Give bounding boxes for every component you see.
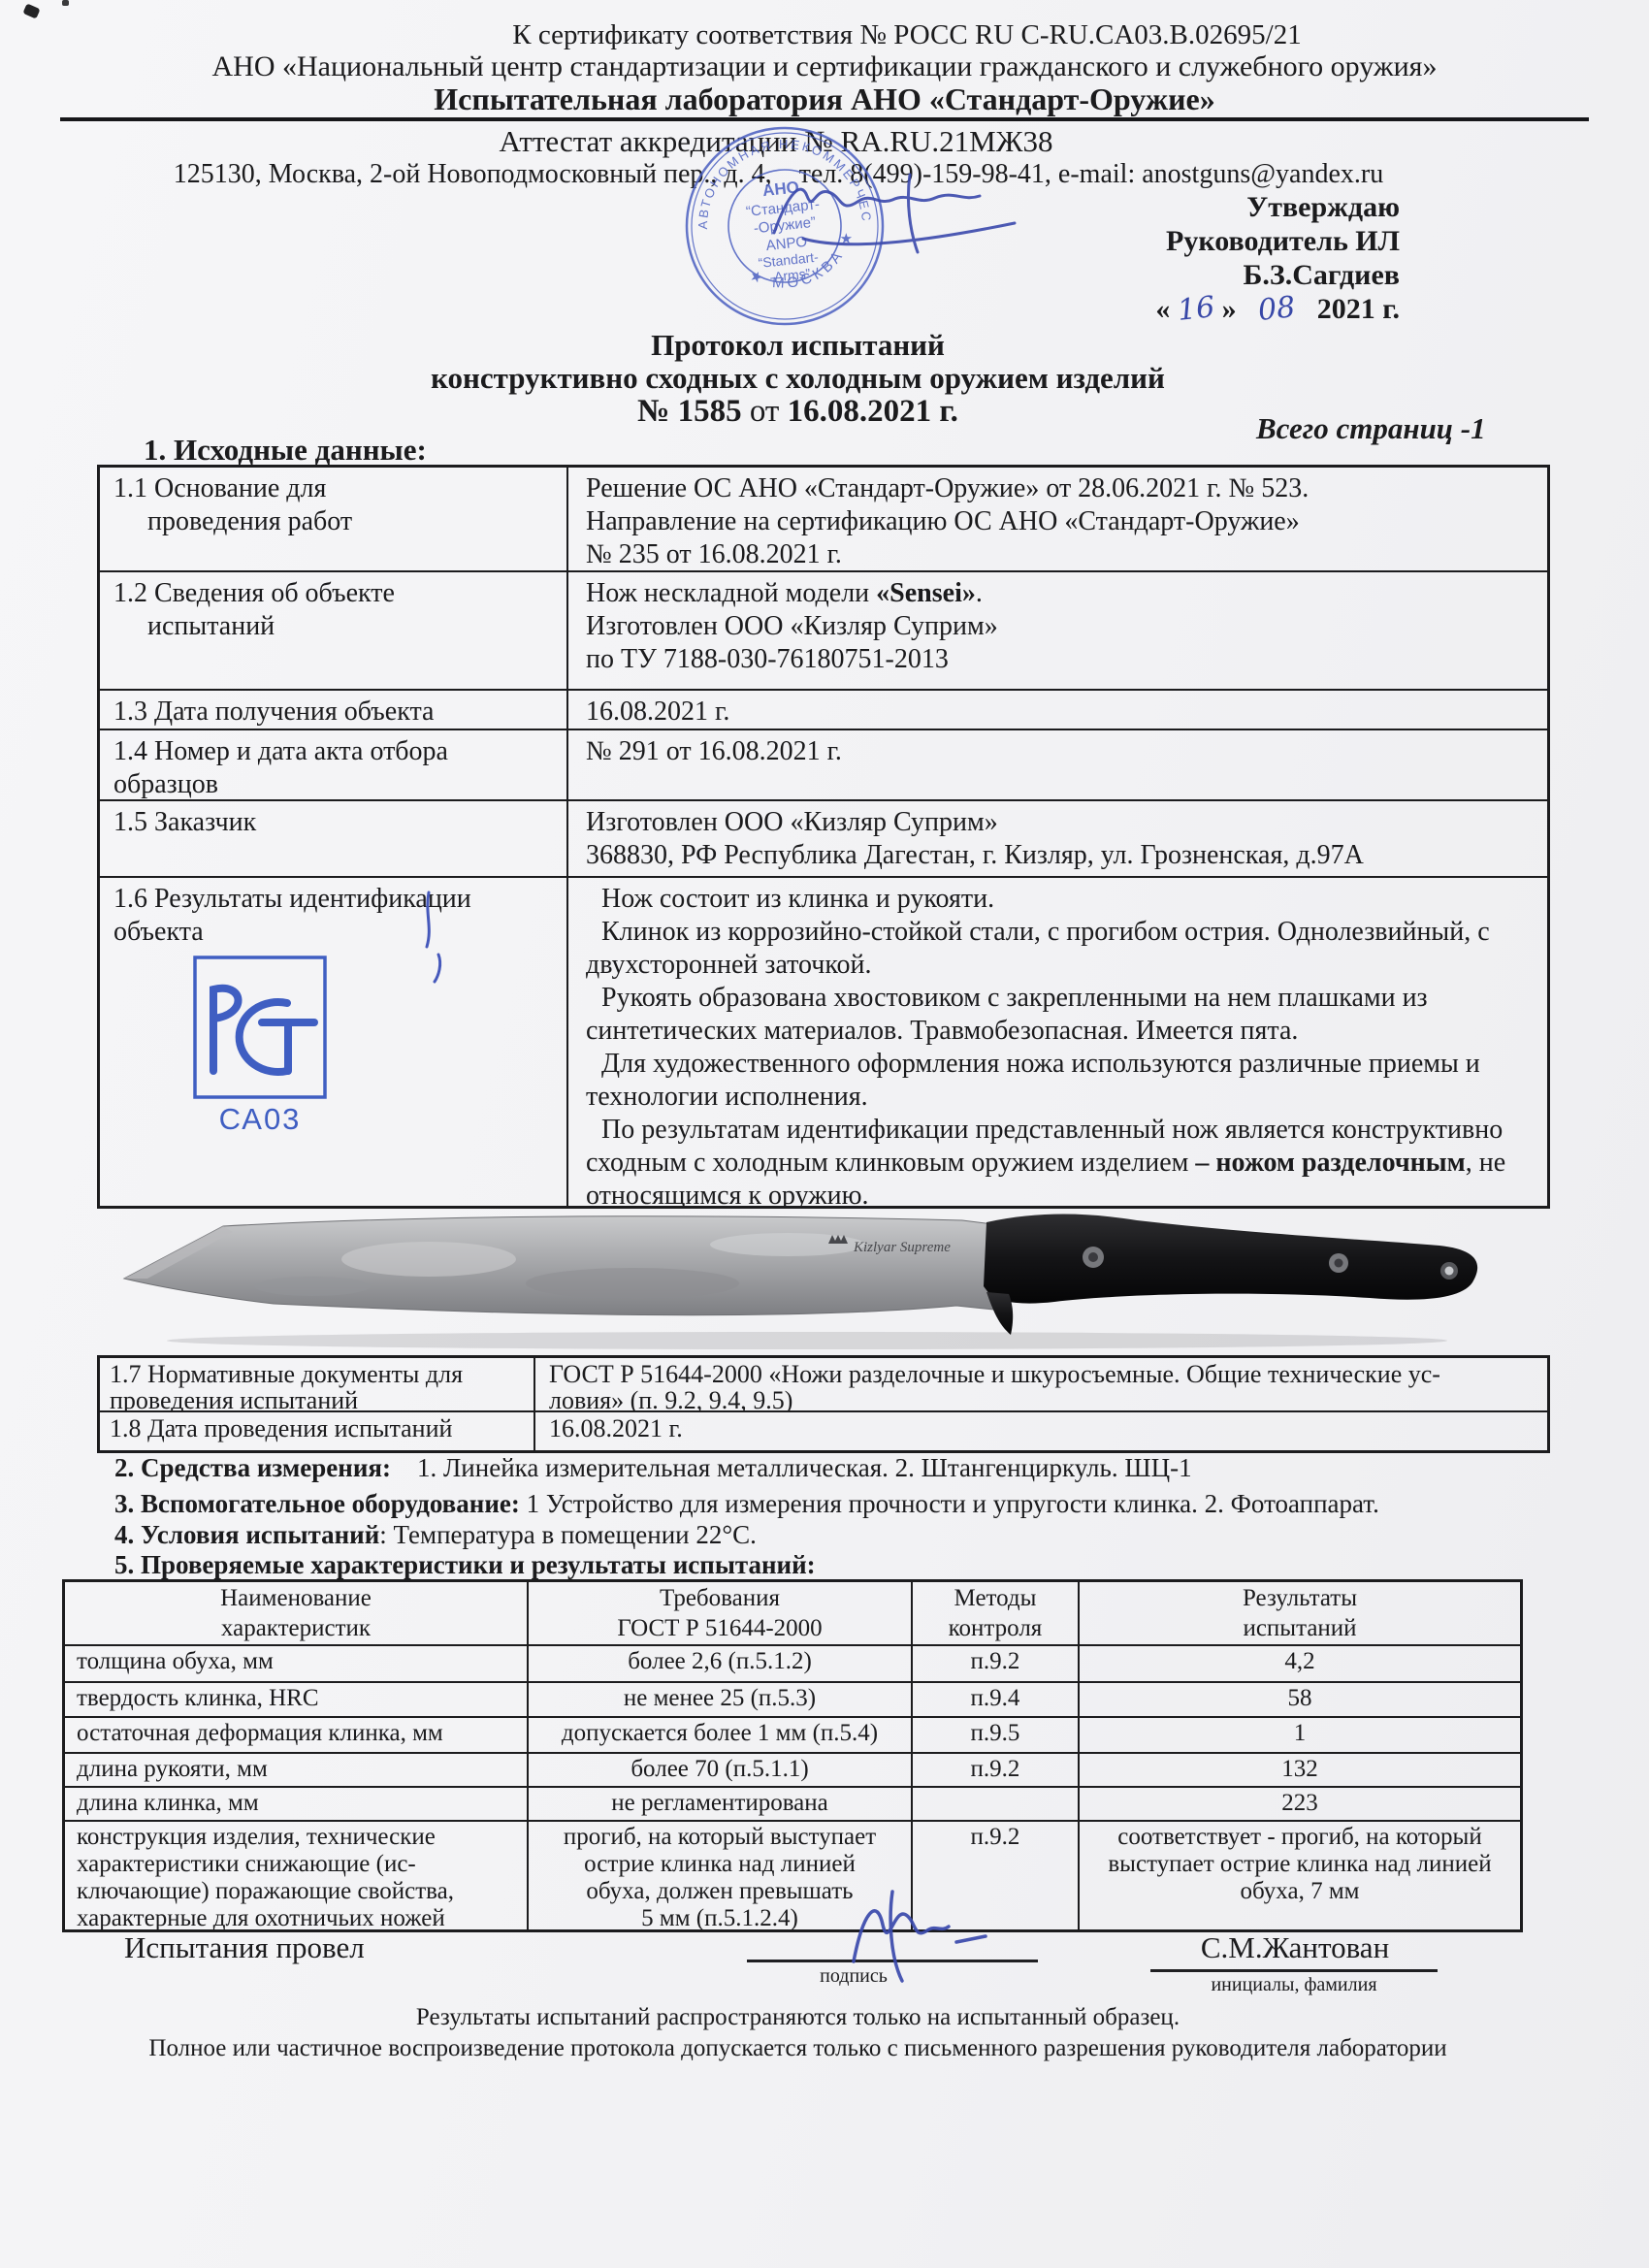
ident-conclusion: – ножом разделочным bbox=[1195, 1148, 1465, 1178]
res-row1-method: п.9.2 bbox=[911, 1644, 1078, 1681]
section3-label: 3. Вспомогательное оборудование: bbox=[114, 1489, 520, 1518]
open-quote: « bbox=[1155, 293, 1170, 325]
res-row3-method: п.9.5 bbox=[911, 1716, 1078, 1752]
res-row5-req: не регламентирована bbox=[527, 1786, 911, 1820]
approver-name: Б.З.Сагдиев bbox=[970, 258, 1400, 292]
t2-row17-label: 1.7 Нормативные документы для проведения… bbox=[100, 1358, 533, 1410]
res-header-req: Требования ГОСТ Р 51644-2000 bbox=[527, 1582, 911, 1644]
res-row3-req: допускается более 1 мм (п.5.4) bbox=[527, 1716, 911, 1752]
scan-artifact-small bbox=[62, 0, 69, 6]
footer-note-scope: Результаты испытаний распространяются то… bbox=[29, 2004, 1567, 2031]
res-row2-method: п.9.4 bbox=[911, 1681, 1078, 1716]
blue-pen-mark bbox=[415, 885, 473, 991]
section2-text: 1. Линейка измерительная металлическая. … bbox=[391, 1453, 1192, 1482]
t1-row14-label: 1.4 Номер и дата акта отбора образцов bbox=[100, 729, 566, 799]
t1-row13-label: 1.3 Дата получения объекта bbox=[100, 689, 566, 729]
res-row3-name: остаточная деформация клинка, мм bbox=[65, 1716, 527, 1752]
res-row1-req: более 2,6 (п.5.1.2) bbox=[527, 1644, 911, 1681]
knife-brand-text: Kizlyar Supreme bbox=[853, 1240, 951, 1255]
approver-signature bbox=[764, 163, 1026, 260]
t2-row18-value: 16.08.2021 г. bbox=[533, 1410, 1547, 1450]
section2-label: 2. Средства измерения: bbox=[114, 1453, 391, 1482]
ident-p5: По результатам идентификации представлен… bbox=[586, 1114, 1537, 1206]
section1-heading: 1. Исходные данные: bbox=[144, 433, 427, 468]
handle-guard-spike bbox=[986, 1292, 1013, 1335]
protocol-date: 16.08.2021 г. bbox=[788, 394, 958, 429]
ident-p2: Клинок из коррозийно-стойкой стали, с пр… bbox=[586, 916, 1537, 982]
section3-text: 1 Устройство для измерения прочности и у… bbox=[520, 1489, 1379, 1518]
normative-docs-table: 1.7 Нормативные документы для проведения… bbox=[97, 1355, 1550, 1453]
manufacturer-line: Изготовлен ООО «Кизляр Суприм» bbox=[586, 610, 1537, 643]
section2-line: 2. Средства измерения: 1. Линейка измери… bbox=[114, 1453, 1569, 1483]
document-page: К сертификату соответствия № РОСС RU C-R… bbox=[0, 0, 1649, 2268]
handwritten-month: 08 bbox=[1256, 290, 1297, 328]
res-row4-result: 132 bbox=[1078, 1752, 1520, 1786]
t1-row15-value: Изготовлен ООО «Кизляр Суприм» 368830, Р… bbox=[566, 799, 1547, 876]
examiner-name: С.М.Жантован bbox=[1154, 1930, 1436, 1965]
approval-date-line: « 16 » 08 2021 г. bbox=[970, 292, 1400, 326]
rst-code-label: СА03 bbox=[192, 1102, 328, 1137]
approver-role: Руководитель ИЛ bbox=[970, 224, 1400, 258]
res-row2-name: твердость клинка, HRC bbox=[65, 1681, 527, 1716]
t1-row15-label: 1.5 Заказчик bbox=[100, 799, 566, 876]
res-row5-name: длина клинка, мм bbox=[65, 1786, 527, 1820]
res-header-name: Наименование характеристик bbox=[65, 1582, 527, 1644]
examiner-name-caption: инициалы, фамилия bbox=[1150, 1974, 1438, 1996]
lanyard-hole-center bbox=[1445, 1267, 1454, 1276]
protocol-number: № 1585 bbox=[637, 394, 741, 429]
approve-label: Утверждаю bbox=[970, 190, 1400, 224]
res-row6-name: конструкция изделия, технические характе… bbox=[65, 1820, 527, 1929]
handwritten-day: 16 bbox=[1176, 290, 1216, 328]
results-table: Наименование характеристик Требования ГО… bbox=[62, 1579, 1523, 1932]
res-row5-method bbox=[911, 1786, 1078, 1820]
knife-photo: Kizlyar Supreme bbox=[109, 1201, 1510, 1354]
t1-row16-value: Нож состоит из клинка и рукояти. Клинок … bbox=[566, 876, 1547, 1206]
res-row6-result: соответствует - прогиб, на который высту… bbox=[1078, 1820, 1520, 1929]
t1-row14-value: № 291 от 16.08.2021 г. bbox=[566, 729, 1547, 799]
ident-p1: Нож состоит из клинка и рукояти. bbox=[586, 883, 1537, 916]
knife-shadow bbox=[167, 1332, 1447, 1349]
ident-p3: Рукоять образована хвостовиком с закрепл… bbox=[586, 982, 1537, 1048]
close-quote: » bbox=[1222, 293, 1237, 325]
res-row5-result: 223 bbox=[1078, 1786, 1520, 1820]
pages-count-note: Всего страниц -1 bbox=[1256, 411, 1547, 446]
res-row4-method: п.9.2 bbox=[911, 1752, 1078, 1786]
res-row1-result: 4,2 bbox=[1078, 1644, 1520, 1681]
object-desc: Нож нескладной модели bbox=[586, 578, 876, 608]
certificate-reference: К сертификату соответствия № РОСС RU C-R… bbox=[417, 19, 1397, 51]
res-header-method: Методы контроля bbox=[911, 1582, 1078, 1644]
approval-year: 2021 г. bbox=[1317, 293, 1400, 325]
handle-screw-rear-center bbox=[1335, 1259, 1343, 1268]
period: . bbox=[976, 578, 983, 608]
res-row2-req: не менее 25 (п.5.3) bbox=[527, 1681, 911, 1716]
res-header-result: Результаты испытаний bbox=[1078, 1582, 1520, 1644]
tester-signature bbox=[832, 1878, 1026, 1994]
knife-blade bbox=[124, 1216, 993, 1315]
examiner-name-line bbox=[1150, 1969, 1438, 1972]
res-row1-name: толщина обуха, мм bbox=[65, 1644, 527, 1681]
ident-p4: Для художественного оформления ножа испо… bbox=[586, 1048, 1537, 1114]
model-name: «Sensei» bbox=[876, 578, 976, 608]
section5-heading: 5. Проверяемые характеристики и результа… bbox=[114, 1550, 1569, 1580]
t1-row12-value: Нож нескладной модели «Sensei». Изготовл… bbox=[566, 570, 1547, 689]
protocol-title-line1: Протокол испытаний bbox=[29, 328, 1567, 363]
protocol-title-line2: конструктивно сходных с холодным оружием… bbox=[29, 361, 1567, 396]
t1-row16-label: 1.6 Результаты идентификации объекта bbox=[100, 876, 566, 1206]
res-row2-result: 58 bbox=[1078, 1681, 1520, 1716]
t2-row17-value: ГОСТ Р 51644-2000 «Ножи разделочные и шк… bbox=[533, 1358, 1547, 1410]
handle-screw-front-center bbox=[1088, 1252, 1098, 1262]
approval-block: Утверждаю Руководитель ИЛ Б.З.Сагдиев « … bbox=[970, 190, 1400, 326]
t1-row11-label: 1.1 Основание для проведения работ bbox=[100, 468, 566, 570]
res-row4-req: более 70 (п.5.1.1) bbox=[527, 1752, 911, 1786]
section4-label: 4. Условия испытаний bbox=[114, 1520, 379, 1549]
section4-line: 4. Условия испытаний: Температура в поме… bbox=[114, 1520, 1569, 1550]
tester-label: Испытания провел bbox=[124, 1930, 365, 1965]
section4-text: : Температура в помещении 22°С. bbox=[379, 1520, 757, 1549]
tu-line: по ТУ 7188-030-76180751-2013 bbox=[586, 643, 1537, 676]
rst-conformity-mark-icon bbox=[192, 955, 328, 1100]
scan-artifact bbox=[22, 3, 40, 18]
t1-row11-value: Решение ОС АНО «Стандарт-Оружие» от 28.0… bbox=[566, 468, 1547, 570]
knife-handle bbox=[984, 1215, 1477, 1304]
footer-note-reproduction: Полное или частичное воспроизведение про… bbox=[29, 2035, 1567, 2062]
t1-row12-label: 1.2 Сведения об объекте испытаний bbox=[100, 570, 566, 689]
protocol-of: от bbox=[750, 394, 780, 429]
t2-row18-label: 1.8 Дата проведения испытаний bbox=[100, 1410, 533, 1450]
res-row4-name: длина рукояти, мм bbox=[65, 1752, 527, 1786]
res-row3-result: 1 bbox=[1078, 1716, 1520, 1752]
organization-name: АНО «Национальный центр стандартизации и… bbox=[29, 50, 1620, 83]
section3-line: 3. Вспомогательное оборудование: 1 Устро… bbox=[114, 1489, 1569, 1519]
t1-row13-value: 16.08.2021 г. bbox=[566, 689, 1547, 729]
